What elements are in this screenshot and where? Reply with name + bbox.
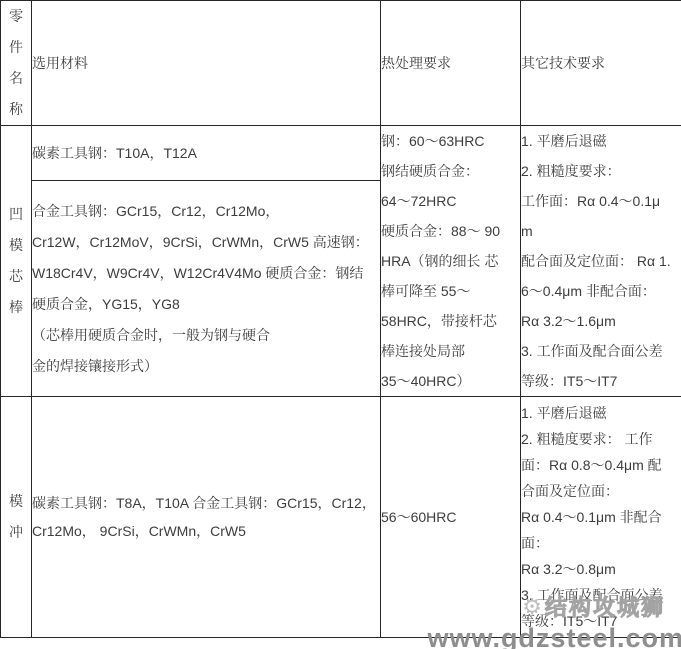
materials-alloy-text: 合金工具钢：GCr15，Cr12，Cr12Mo， Cr12W，Cr12MoV，9… bbox=[32, 196, 380, 382]
other-requirements-text: 1. 平磨后退磁 2. 粗糙度要求： 工作面：Rα 0.4～0.1μ m 配合面… bbox=[521, 126, 681, 396]
materials-punch-text: 碳素工具钢：T8A，T10A 合金工具钢：GCr15，Cr12， Cr12Mo，… bbox=[32, 489, 380, 545]
other-requirements-text: 1. 平磨后退磁 2. 粗糙度要求： 工作 面：Rα 0.8～0.4μm 配 合… bbox=[521, 400, 681, 634]
cell-part-name-die-core-rod: 凹模芯棒 bbox=[1, 126, 32, 397]
table-row-punch: 模冲 碳素工具钢：T8A，T10A 合金工具钢：GCr15，Cr12， Cr12… bbox=[1, 397, 681, 638]
cell-part-name-punch: 模冲 bbox=[1, 397, 32, 638]
heat-treatment-text: 钢：60～63HRC 钢结硬质合金： 64～72HRC 硬质合金：88～ 90 … bbox=[381, 126, 520, 396]
table-header-row: 零件名称 选用材料 热处理要求 其它技术要求 bbox=[1, 1, 681, 126]
cell-materials-punch: 碳素工具钢：T8A，T10A 合金工具钢：GCr15，Cr12， Cr12Mo，… bbox=[32, 397, 381, 638]
header-materials: 选用材料 bbox=[32, 1, 381, 126]
header-part-name: 零件名称 bbox=[1, 1, 32, 126]
cell-other-requirements-punch: 1. 平磨后退磁 2. 粗糙度要求： 工作 面：Rα 0.8～0.4μm 配 合… bbox=[521, 397, 681, 638]
cell-heat-treatment-die-core-rod: 钢：60～63HRC 钢结硬质合金： 64～72HRC 硬质合金：88～ 90 … bbox=[381, 126, 521, 397]
header-heat-treatment: 热处理要求 bbox=[381, 1, 521, 126]
cell-materials-carbon-steel: 碳素工具钢：T10A，T12A bbox=[32, 126, 381, 181]
document-page: 零件名称 选用材料 热处理要求 其它技术要求 凹模芯棒 碳素工具钢：T10A，T… bbox=[0, 0, 681, 649]
header-part-name-label: 零件名称 bbox=[9, 1, 24, 125]
header-other-requirements: 其它技术要求 bbox=[521, 1, 681, 126]
part-name-label: 模冲 bbox=[9, 486, 24, 548]
cell-other-requirements-die-core-rod: 1. 平磨后退磁 2. 粗糙度要求： 工作面：Rα 0.4～0.1μ m 配合面… bbox=[521, 126, 681, 397]
part-name-label: 凹模芯棒 bbox=[9, 199, 24, 323]
cell-materials-alloy-steel: 合金工具钢：GCr15，Cr12，Cr12Mo， Cr12W，Cr12MoV，9… bbox=[32, 181, 381, 397]
cell-heat-treatment-punch: 56～60HRC bbox=[381, 397, 521, 638]
material-spec-table: 零件名称 选用材料 热处理要求 其它技术要求 凹模芯棒 碳素工具钢：T10A，T… bbox=[0, 0, 681, 638]
table-row-die-core-rod-a: 凹模芯棒 碳素工具钢：T10A，T12A 钢：60～63HRC 钢结硬质合金： … bbox=[1, 126, 681, 181]
